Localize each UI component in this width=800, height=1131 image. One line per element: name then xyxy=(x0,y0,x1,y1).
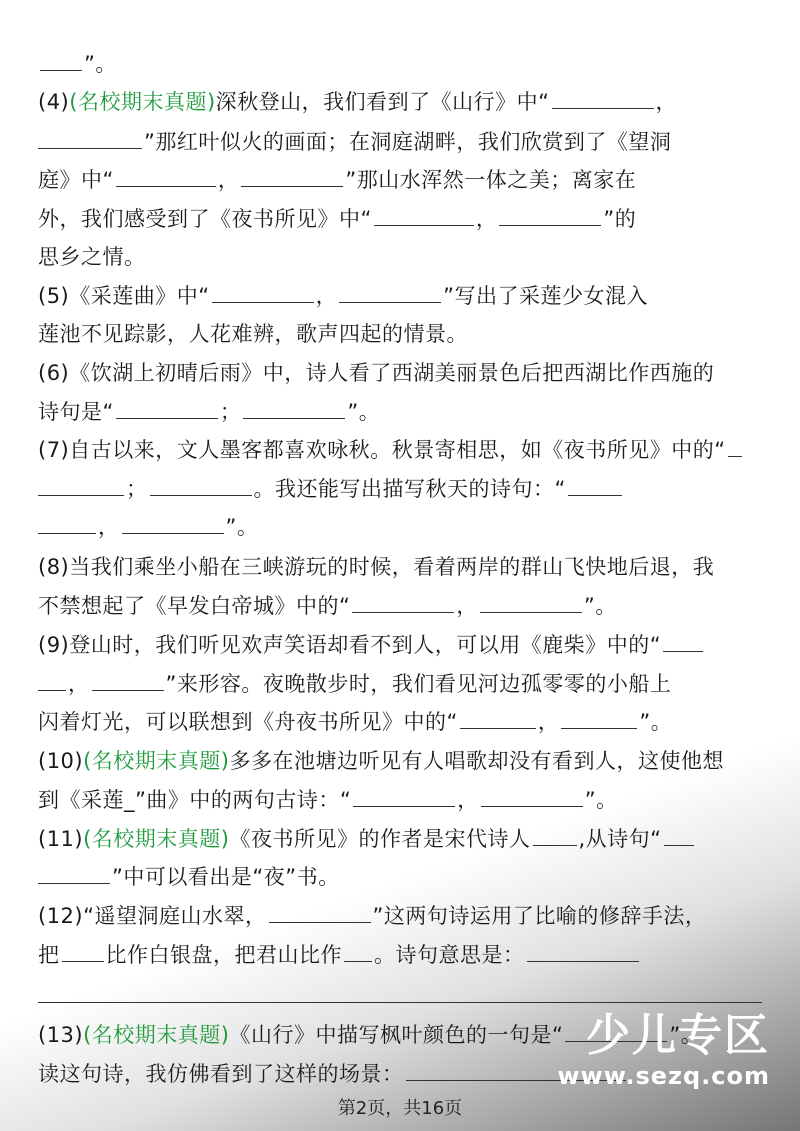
question-number: (11) xyxy=(38,827,83,851)
answer-blank[interactable] xyxy=(92,668,164,691)
question-number: (9) xyxy=(38,633,69,657)
continued-line: ”。 xyxy=(38,46,117,82)
question-number: (10) xyxy=(38,749,83,773)
exam-source-tag: (名校期末真题) xyxy=(83,1023,229,1047)
question-4-line-3: 庭》中“，”那山水浑然一体之美；离家在 xyxy=(38,162,636,198)
question-5-line-2: 莲池不见踪影，人花难辨，歌声四起的情景。 xyxy=(38,316,468,352)
question-13-line-2: 读这句诗，我仿佛看到了这样的场景： xyxy=(38,1056,628,1092)
question-number: (5) xyxy=(38,284,69,308)
question-number: (4) xyxy=(38,90,69,114)
answer-blank[interactable] xyxy=(243,396,345,419)
answer-blank[interactable] xyxy=(116,164,216,187)
answer-blank[interactable] xyxy=(561,706,637,729)
answer-blank[interactable] xyxy=(568,473,622,496)
question-4-line-1: (4)(名校期末真题)深秋登山，我们看到了《山行》中“， xyxy=(38,84,677,120)
question-number: (6) xyxy=(38,361,69,385)
answer-blank[interactable] xyxy=(38,861,110,884)
question-12-line-1: (12)“遥望洞庭山水翠，”这两句诗运用了比喻的修辞手法， xyxy=(38,898,706,934)
question-11-line-1: (11)(名校期末真题)《夜书所见》的作者是宋代诗人,从诗句“ xyxy=(38,821,696,857)
question-11-line-2: ”中可以看出是“夜”书。 xyxy=(38,859,340,895)
question-9-line-1: (9)登山时，我们听见欢声笑语却看不到人，可以用《鹿柴》中的“ xyxy=(38,627,705,663)
question-6-line-1: (6)《饮湖上初晴后雨》中，诗人看了西湖美丽景色后把西湖比作西施的 xyxy=(38,355,714,391)
question-9-line-2: ，”来形容。夜晚散步时，我们看见河边孤零零的小船上 xyxy=(38,666,671,702)
question-number: (8) xyxy=(38,555,69,579)
answer-blank[interactable] xyxy=(481,784,583,807)
question-7-line-3: ，”。 xyxy=(38,509,258,545)
question-10-line-1: (10)(名校期末真题)多多在池塘边听见有人唱歌却没有看到人，这使他想 xyxy=(38,743,724,779)
answer-blank[interactable] xyxy=(663,629,703,652)
answer-blank[interactable] xyxy=(374,203,474,226)
watermark-url: www.sezq.com xyxy=(557,1062,770,1090)
answer-blank[interactable] xyxy=(353,784,455,807)
answer-blank[interactable] xyxy=(269,900,371,923)
question-7-line-1: (7)自古以来，文人墨客都喜欢咏秋。秋景寄相思，如《夜书所见》中的“ xyxy=(38,432,744,468)
answer-blank[interactable] xyxy=(480,590,582,613)
answer-blank[interactable] xyxy=(499,203,601,226)
watermark-title: 少儿专区 xyxy=(557,1010,770,1062)
answer-blank[interactable] xyxy=(664,823,694,846)
question-5-line-1: (5)《采莲曲》中“，”写出了采莲少女混入 xyxy=(38,278,648,314)
answer-blank[interactable] xyxy=(339,280,441,303)
question-number: (13) xyxy=(38,1023,83,1047)
answer-blank[interactable] xyxy=(38,668,66,691)
question-12-line-2: 把比作白银盘，把君山比作。诗句意思是： xyxy=(38,937,641,973)
question-4-line-4: 外，我们感受到了《夜书所见》中“，”的 xyxy=(38,201,636,237)
question-7-line-2: ；。我还能写出描写秋天的诗句：“ xyxy=(38,471,624,507)
answer-blank[interactable] xyxy=(344,939,372,962)
answer-blank[interactable] xyxy=(150,473,252,496)
answer-rule[interactable] xyxy=(38,1002,762,1003)
exam-source-tag: (名校期末真题) xyxy=(83,749,229,773)
answer-blank[interactable] xyxy=(40,48,82,71)
question-8-line-1: (8)当我们乘坐小船在三峡游玩的时候，看着两岸的群山飞快地后退，我 xyxy=(38,549,714,585)
question-10-line-2: 到《采莲_”曲》中的两句古诗：“，”。 xyxy=(38,782,618,818)
answer-blank[interactable] xyxy=(212,280,314,303)
question-4-line-2: ”那红叶似火的画面；在洞庭湖畔，我们欣赏到了《望洞 xyxy=(38,124,671,160)
answer-blank[interactable] xyxy=(38,473,124,496)
question-6-line-2: 诗句是“；”。 xyxy=(38,394,380,430)
page-number: 第2页，共16页 xyxy=(0,1094,800,1120)
answer-blank[interactable] xyxy=(62,939,104,962)
answer-blank[interactable] xyxy=(552,86,654,109)
question-4-line-5: 思乡之情。 xyxy=(38,239,146,275)
answer-blank[interactable] xyxy=(728,434,742,457)
exam-source-tag: (名校期末真题) xyxy=(83,827,229,851)
question-9-line-3: 闪着灯光，可以联想到《舟夜书所见》中的“，”。 xyxy=(38,704,672,740)
answer-blank[interactable] xyxy=(38,126,142,149)
answer-blank[interactable] xyxy=(460,706,536,729)
answer-blank[interactable] xyxy=(38,511,96,534)
question-number: (7) xyxy=(38,438,69,462)
answer-blank[interactable] xyxy=(116,396,218,419)
question-number: (12) xyxy=(38,904,83,928)
answer-blank[interactable] xyxy=(527,939,639,962)
exam-source-tag: (名校期末真题) xyxy=(69,90,215,114)
answer-blank[interactable] xyxy=(533,823,577,846)
answer-blank[interactable] xyxy=(122,511,224,534)
answer-blank[interactable] xyxy=(241,164,343,187)
answer-blank[interactable] xyxy=(352,590,454,613)
question-8-line-2: 不禁想起了《早发白帝城》中的“，”。 xyxy=(38,588,617,624)
watermark: 少儿专区 www.sezq.com xyxy=(557,1010,770,1090)
